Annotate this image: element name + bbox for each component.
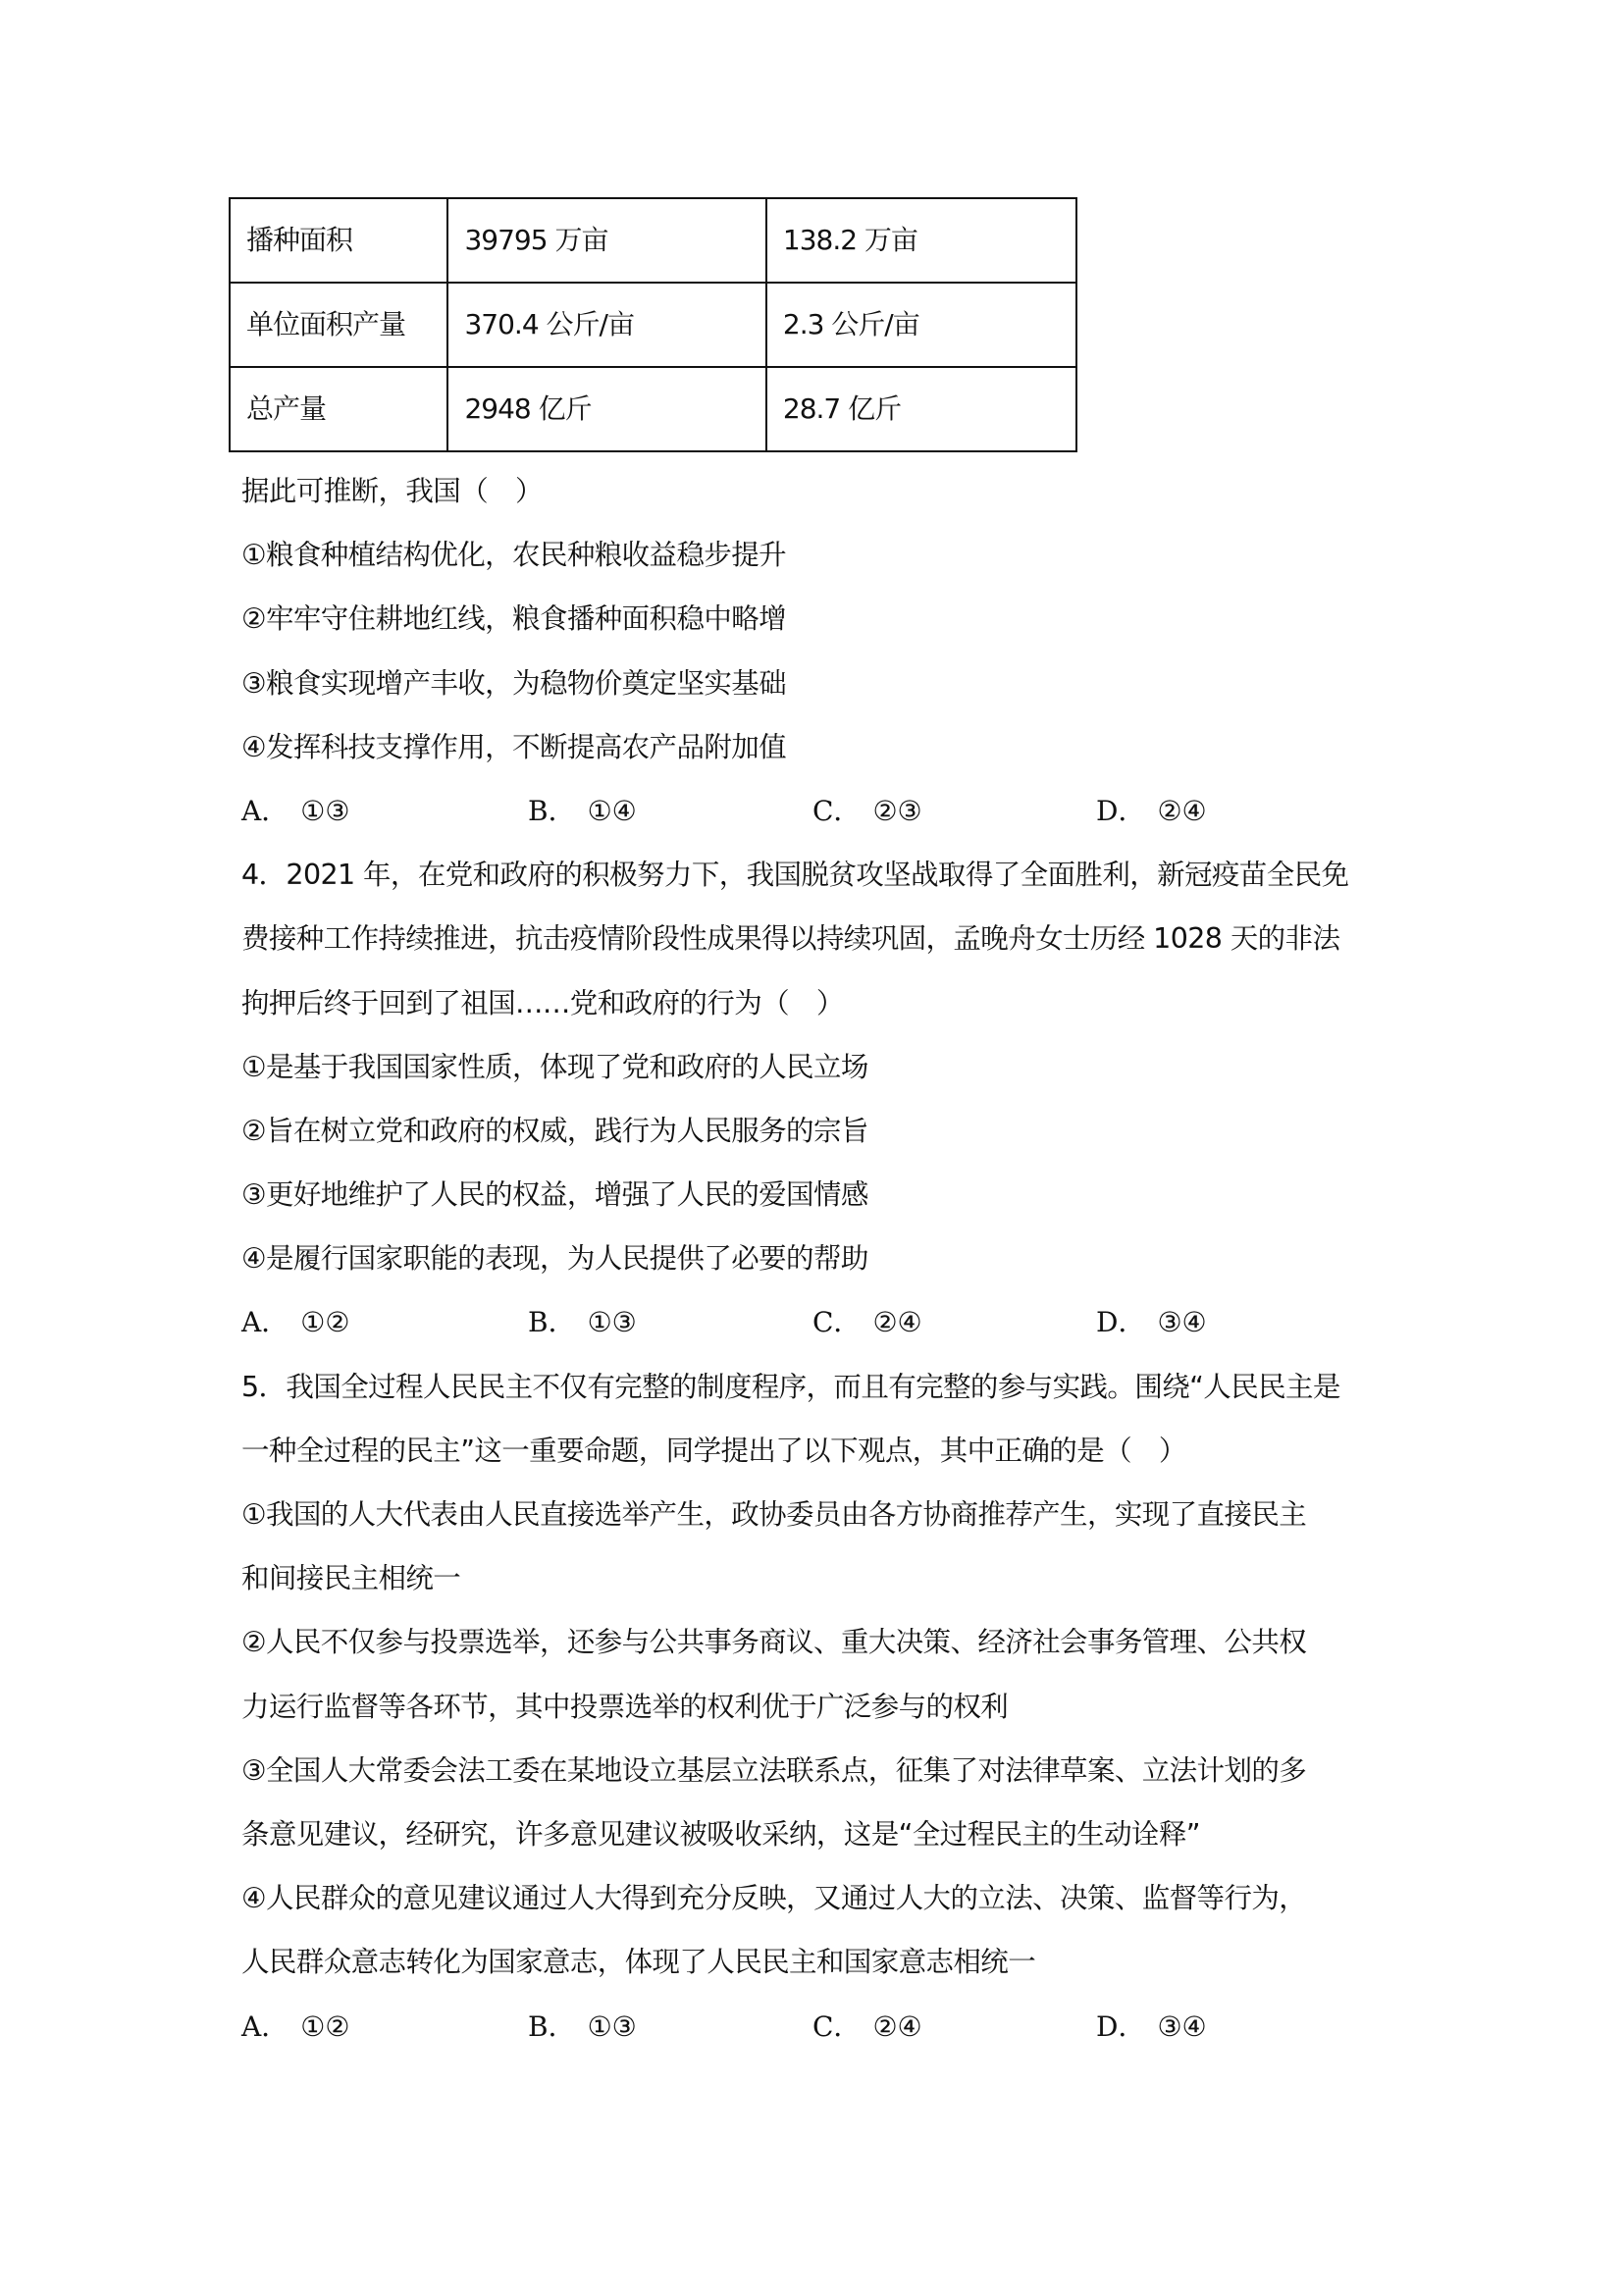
q5-statement-line: 条意见建议，经研究，许多意见建议被吸收采纳，这是“全过程民主的生动诠释”: [241, 1802, 1399, 1866]
q4-option-d[interactable]: D．③④: [1096, 1290, 1292, 1354]
q4-stem-line-1: 4．2021 年，在党和政府的积极努力下，我国脱贫攻坚战取得了全面胜利，新冠疫苗…: [241, 843, 1399, 907]
q5-option-c[interactable]: C．②④: [812, 1995, 1096, 2059]
q5-statement-line: 和间接民主相统一: [241, 1546, 1399, 1610]
table-cell: 39795 万亩: [447, 198, 765, 283]
q4-option-b[interactable]: B．①③: [528, 1290, 812, 1354]
table-cell: 单位面积产量: [230, 283, 447, 367]
q5-statement-line: ④人民群众的意见建议通过人大得到充分反映，又通过人大的立法、决策、监督等行为，: [241, 1866, 1399, 1930]
question-text: 据此可推断，我国（ ） ①粮食种植结构优化，农民种粮收益稳步提升 ②牢牢守住耕地…: [241, 459, 1399, 2059]
q4-statement-4: ④是履行国家职能的表现，为人民提供了必要的帮助: [241, 1226, 1399, 1290]
q4-option-a[interactable]: A．①②: [241, 1290, 528, 1354]
q5-statement-line: ①我国的人大代表由人民直接选举产生，政协委员由各方协商推荐产生，实现了直接民主: [241, 1483, 1399, 1546]
table-cell: 28.7 亿斤: [766, 367, 1076, 451]
q4-statement-1: ①是基于我国国家性质，体现了党和政府的人民立场: [241, 1035, 1399, 1099]
table-row: 播种面积 39795 万亩 138.2 万亩: [230, 198, 1076, 283]
q5-statement-line: 力运行监督等各环节，其中投票选举的权利优于广泛参与的权利: [241, 1675, 1399, 1739]
q3-statement-3: ③粮食实现增产丰收，为稳物价奠定坚实基础: [241, 652, 1399, 715]
q3-statement-2: ②牢牢守住耕地红线，粮食播种面积稳中略增: [241, 587, 1399, 651]
table-cell: 2948 亿斤: [447, 367, 765, 451]
q3-options: A．①③ B．①④ C．②③ D．②④: [241, 779, 1399, 843]
q4-statement-2: ②旨在树立党和政府的权威，践行为人民服务的宗旨: [241, 1099, 1399, 1163]
q4-statement-3: ③更好地维护了人民的权益，增强了人民的爱国情感: [241, 1163, 1399, 1226]
q3-statement-1: ①粮食种植结构优化，农民种粮收益稳步提升: [241, 523, 1399, 587]
q5-statement-line: 人民群众意志转化为国家意志，体现了人民民主和国家意志相统一: [241, 1930, 1399, 1994]
q5-stem-line-1: 5．我国全过程人民民主不仅有完整的制度程序，而且有完整的参与实践。围绕“人民民主…: [241, 1355, 1399, 1419]
q5-option-d[interactable]: D．③④: [1096, 1995, 1292, 2059]
table-row: 总产量 2948 亿斤 28.7 亿斤: [230, 367, 1076, 451]
q5-statement-line: ②人民不仅参与投票选举，还参与公共事务商议、重大决策、经济社会事务管理、公共权: [241, 1610, 1399, 1674]
q5-option-a[interactable]: A．①②: [241, 1995, 528, 2059]
q4-stem-line-2: 费接种工作持续推进，抗击疫情阶段性成果得以持续巩固，孟晚舟女士历经 1028 天…: [241, 907, 1399, 970]
table-cell: 138.2 万亩: [766, 198, 1076, 283]
q3-option-c[interactable]: C．②③: [812, 779, 1096, 843]
table-cell: 总产量: [230, 367, 447, 451]
table-cell: 播种面积: [230, 198, 447, 283]
table-cell: 2.3 公斤/亩: [766, 283, 1076, 367]
q3-stem: 据此可推断，我国（ ）: [241, 459, 1399, 523]
q4-stem-line-3: 拘押后终于回到了祖国……党和政府的行为（ ）: [241, 971, 1399, 1035]
q4-options: A．①② B．①③ C．②④ D．③④: [241, 1290, 1399, 1354]
q3-statement-4: ④发挥科技支撑作用，不断提高农产品附加值: [241, 715, 1399, 779]
q4-option-c[interactable]: C．②④: [812, 1290, 1096, 1354]
q5-stem-line-2: 一种全过程的民主”这一重要命题，同学提出了以下观点，其中正确的是（ ）: [241, 1419, 1399, 1483]
q5-statement-line: ③全国人大常委会法工委在某地设立基层立法联系点，征集了对法律草案、立法计划的多: [241, 1739, 1399, 1802]
grain-data-table: 播种面积 39795 万亩 138.2 万亩 单位面积产量 370.4 公斤/亩…: [229, 197, 1077, 452]
q5-options: A．①② B．①③ C．②④ D．③④: [241, 1995, 1399, 2059]
q3-option-a[interactable]: A．①③: [241, 779, 528, 843]
q3-option-b[interactable]: B．①④: [528, 779, 812, 843]
q5-option-b[interactable]: B．①③: [528, 1995, 812, 2059]
table-row: 单位面积产量 370.4 公斤/亩 2.3 公斤/亩: [230, 283, 1076, 367]
q3-option-d[interactable]: D．②④: [1096, 779, 1292, 843]
document-page: 播种面积 39795 万亩 138.2 万亩 单位面积产量 370.4 公斤/亩…: [0, 0, 1623, 2296]
table-cell: 370.4 公斤/亩: [447, 283, 765, 367]
